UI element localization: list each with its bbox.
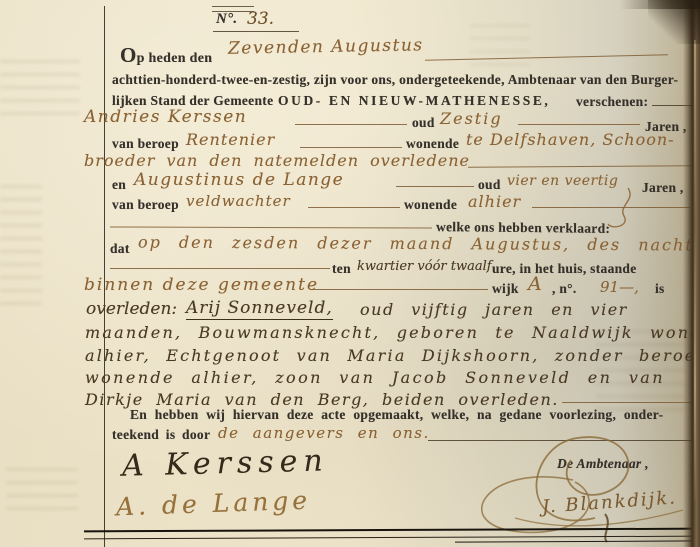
fill-rule: [300, 147, 402, 148]
declarant2-name: Augustinus de Lange: [134, 170, 344, 190]
fill-rule: [562, 402, 694, 403]
dat-label: dat: [110, 241, 130, 257]
deceased-details-2: maanden, Bouwmansknecht, geboren te Naal…: [85, 323, 700, 342]
date-handwritten: Zevenden Augustus: [228, 35, 424, 58]
page-edge-highlight: [694, 40, 696, 500]
deceased-details-1: oud vijftig jaren en vier: [360, 300, 628, 319]
deceased-details-4: wonende alhier, zoon van Jacob Sonneveld…: [85, 368, 665, 387]
official-signature-flourish: [455, 418, 690, 546]
signature-declarant2: A. de Lange: [116, 486, 312, 522]
en-label: en: [112, 177, 126, 193]
signature-declarant1: A Kerssen: [122, 443, 330, 483]
death-time-handwritten: kwartier vóór twaalf: [357, 259, 492, 274]
declarant1-occupation: Rentenier: [186, 130, 275, 149]
ink-bleedthrough: [470, 24, 530, 68]
fill-rule: [468, 165, 693, 168]
page-binding-edge: [683, 0, 700, 547]
opening-printed-text: Op heden den: [120, 43, 212, 68]
declarant1-relation: broeder van den natemelden overledene: [84, 151, 470, 170]
fill-rule: [110, 268, 330, 269]
place-handwritten: binnen deze gemeente: [84, 275, 319, 295]
fill-rule: [518, 124, 640, 125]
page-top-shadow: [620, 0, 700, 9]
fill-rule: [308, 207, 400, 208]
huisnummer-value: 91—,: [600, 278, 639, 296]
fill-rule: [110, 226, 432, 228]
van-beroep-label: van beroep: [112, 136, 179, 152]
gemeente-suffix: verschenen:: [576, 94, 648, 110]
declarant2-residence: alhier: [468, 192, 521, 211]
fill-rule: [312, 289, 488, 290]
act-number-value: 33.: [247, 9, 274, 29]
declarant1-residence: te Delfshaven, Schoon-: [466, 130, 675, 149]
declarant1-name: Andries Kerssen: [84, 107, 247, 127]
ink-bleedthrough: [6, 468, 78, 510]
act-number-underline: [213, 31, 299, 32]
wonende-label: wonende: [404, 197, 457, 213]
death-certificate-scan: N°. 33. Op heden den Zevenden Augustus a…: [0, 0, 700, 547]
ink-bleedthrough: [0, 60, 80, 118]
ure-suffix-text: ure, in het huis, staande: [492, 261, 637, 277]
deceased-details-3: alhier, Echtgenoot van Maria Dijkshoorn,…: [85, 346, 700, 365]
wonende-label: wonende: [406, 136, 459, 152]
closing-line-2-printed: teekend is door: [112, 427, 210, 443]
is-label: is: [655, 281, 665, 297]
huisnummer-label: , n°.: [552, 281, 577, 297]
death-date-handwritten: op den zesden dezer maand Augustus, des …: [138, 233, 700, 255]
ink-bleedthrough: [0, 185, 42, 315]
overleden-label: overleden:: [86, 299, 177, 319]
ten-label: ten: [332, 261, 351, 277]
oud-label: oud: [412, 115, 435, 131]
van-beroep-label: van beroep: [112, 197, 179, 213]
gemeente-name: OUD- EN NIEUW-MATHENESSE,: [278, 93, 550, 109]
wijk-label: wijk: [492, 281, 519, 297]
wijk-value: A: [528, 273, 542, 295]
fill-rule: [295, 124, 407, 125]
declarant2-occupation: veldwachter: [186, 192, 291, 210]
fill-rule: [425, 54, 668, 61]
deceased-name: Arij Sonneveld,: [186, 298, 333, 320]
oud-label: oud: [478, 177, 501, 193]
closing-line-2-handwritten: de aangevers en ons.: [218, 424, 430, 442]
year-line-text: achttien-honderd-twee-en-zestig, zijn vo…: [112, 72, 678, 88]
jaren-label: Jaren ,: [642, 180, 684, 196]
fill-rule: [396, 186, 474, 187]
declarant1-age: Zestig: [440, 109, 503, 128]
act-number-label: N°.: [216, 11, 237, 28]
